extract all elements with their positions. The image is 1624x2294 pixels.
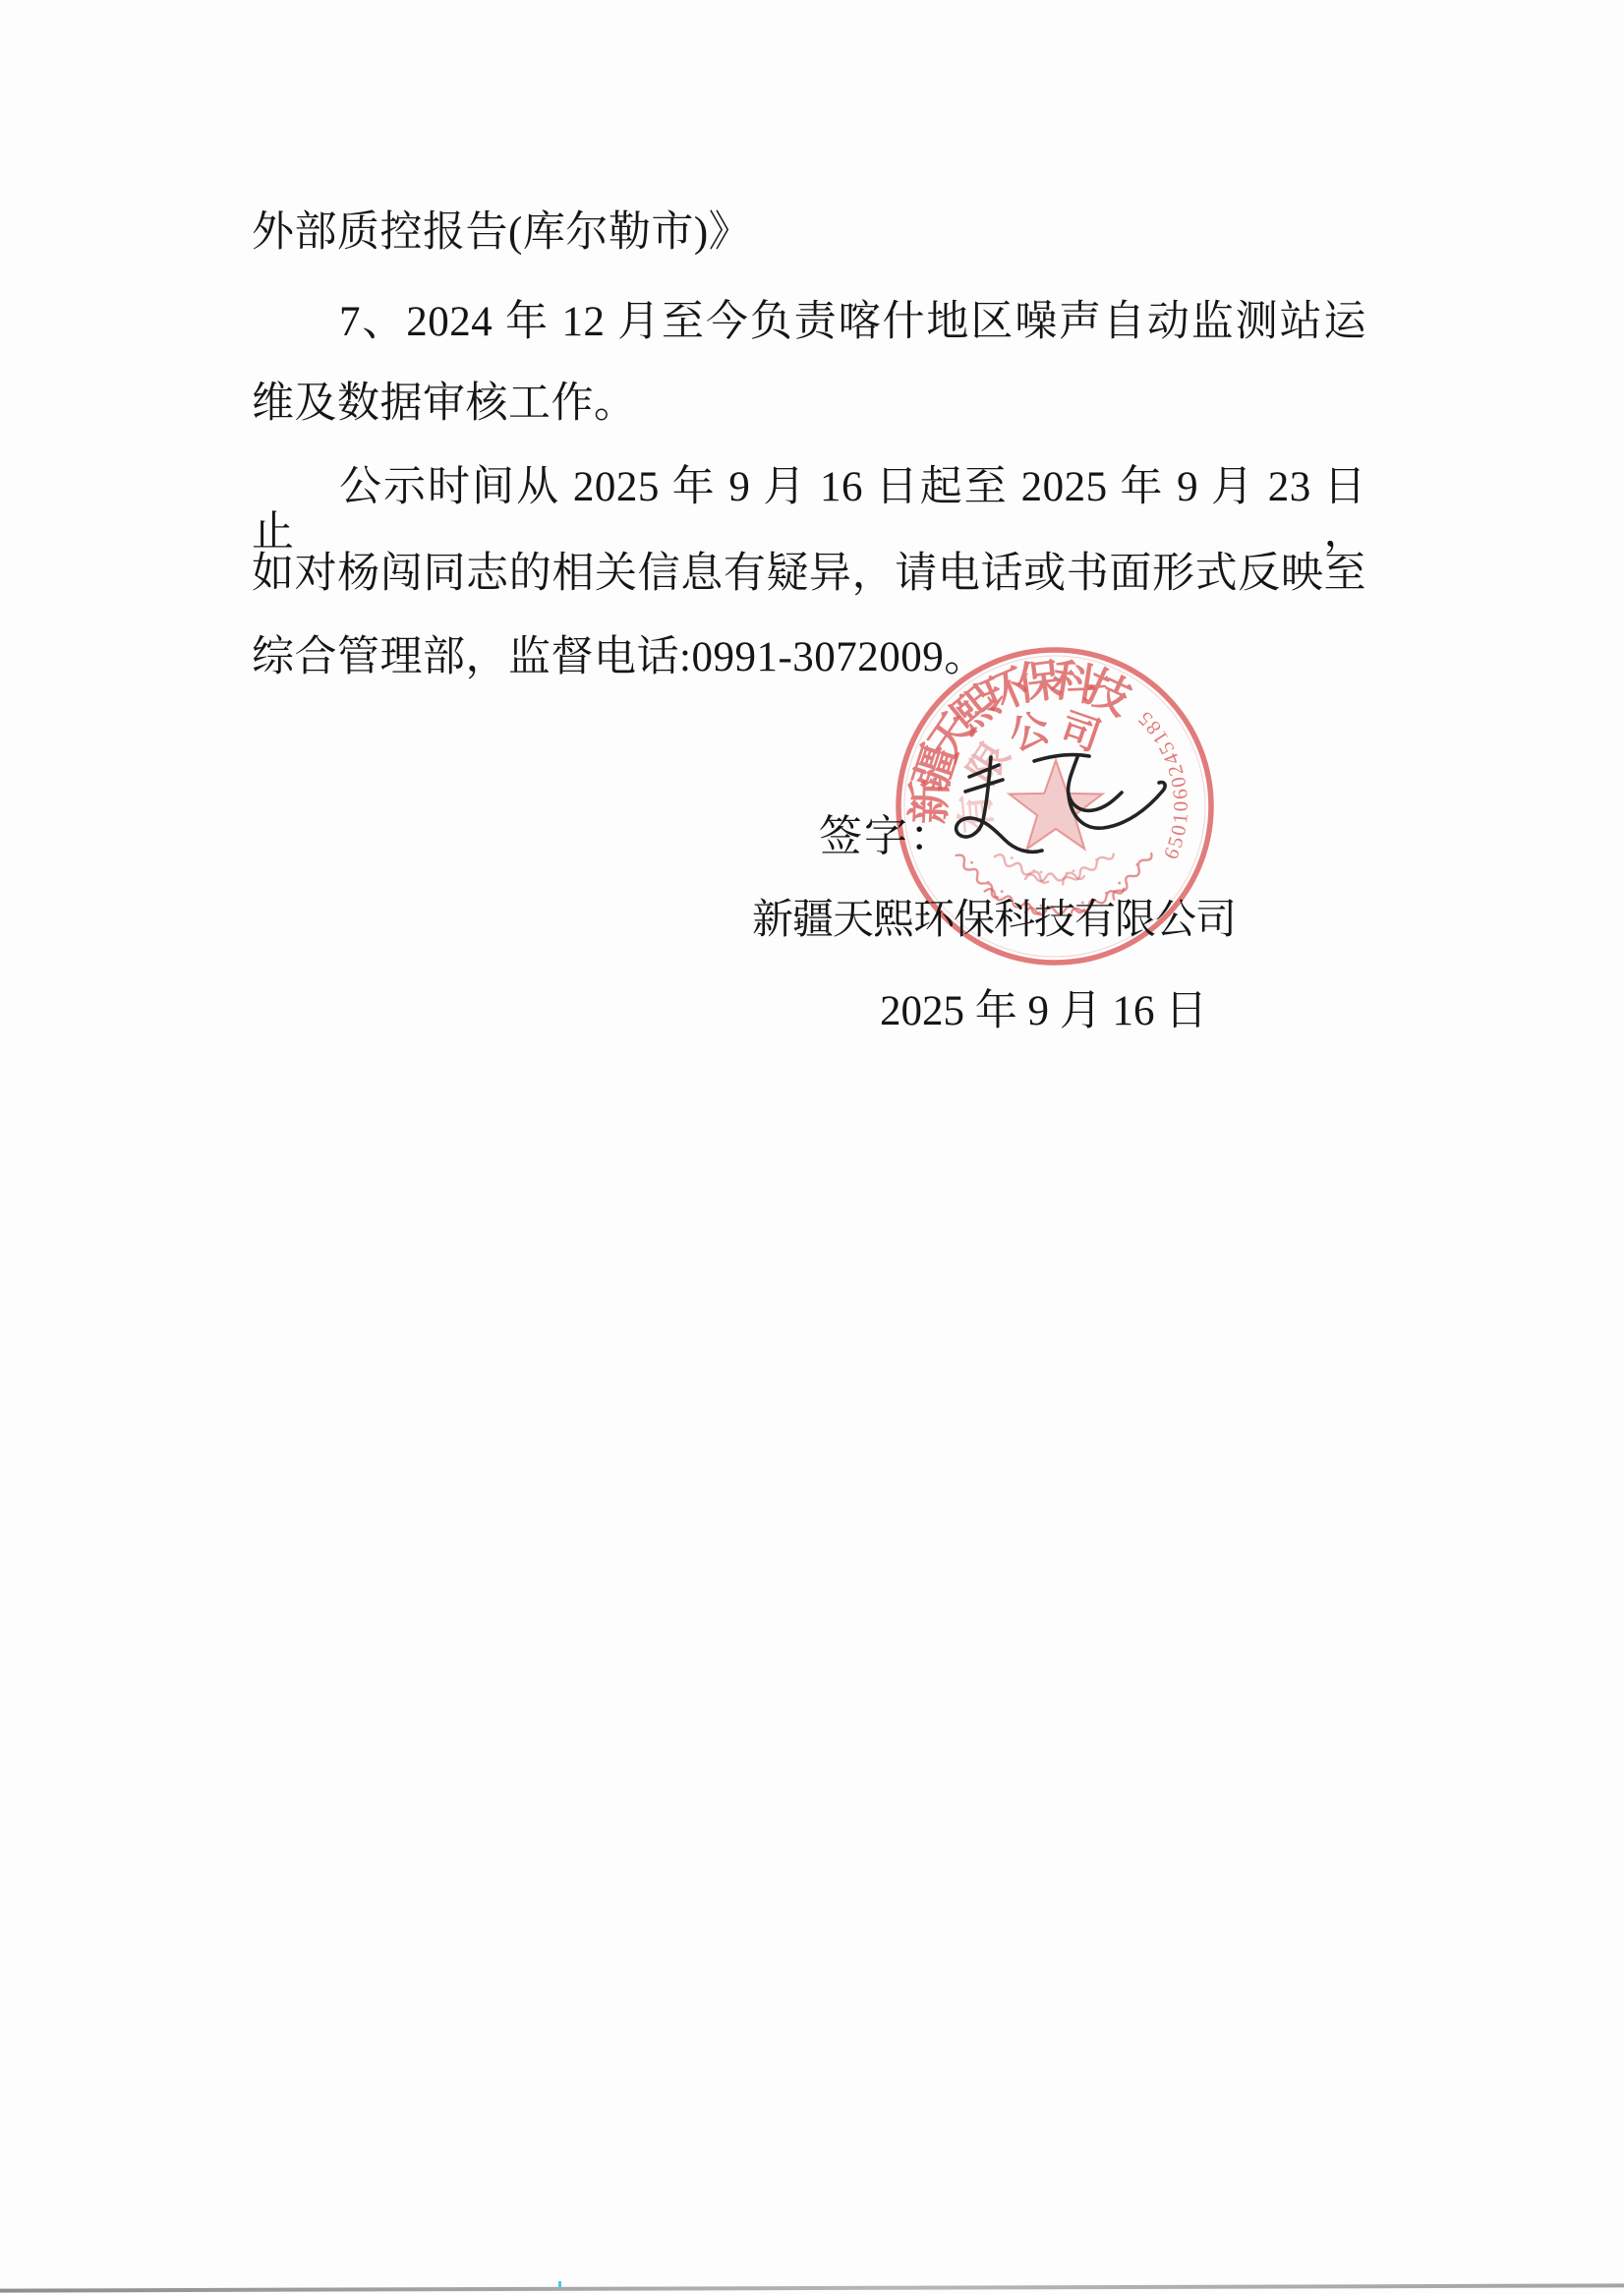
signature-stroke <box>1034 755 1089 761</box>
signature-stroke <box>969 765 999 777</box>
document-line: 如对杨闯同志的相关信息有疑异，请电话或书面形式反映至 <box>252 552 1366 599</box>
document-line: 维及数据审核工作。 <box>252 382 1366 429</box>
document-line: 综合管理部，监督电话:0991-3072009。 <box>252 635 1366 682</box>
signature-stroke <box>957 757 1042 852</box>
company-name: 新疆天熙环保科技有限公司 <box>752 887 1236 946</box>
document-line: 外部质控报告(库尔勒市)》 <box>252 210 1366 258</box>
signature-stroke <box>965 780 1003 792</box>
date-text: 2025 年 9 月 16 日 <box>880 977 1207 1037</box>
signature-ink <box>934 726 1229 893</box>
scan-artifact-speck <box>558 2281 561 2289</box>
handwritten-signature <box>934 726 1229 893</box>
text-layer: 外部质控报告(库尔勒市)》7、2024 年 12 月至今负责喀什地区噪声自动监测… <box>0 0 1624 2294</box>
document-line: 7、2024 年 12 月至今负责喀什地区噪声自动监测站运 <box>252 300 1366 347</box>
document-page: 外部质控报告(库尔勒市)》7、2024 年 12 月至今负责喀什地区噪声自动监测… <box>0 0 1624 2294</box>
signature-stroke <box>1069 757 1122 810</box>
signature-stroke <box>1069 783 1165 829</box>
document-line: 公示时间从 2025 年 9 月 16 日起至 2025 年 9 月 23 日止… <box>252 465 1366 512</box>
